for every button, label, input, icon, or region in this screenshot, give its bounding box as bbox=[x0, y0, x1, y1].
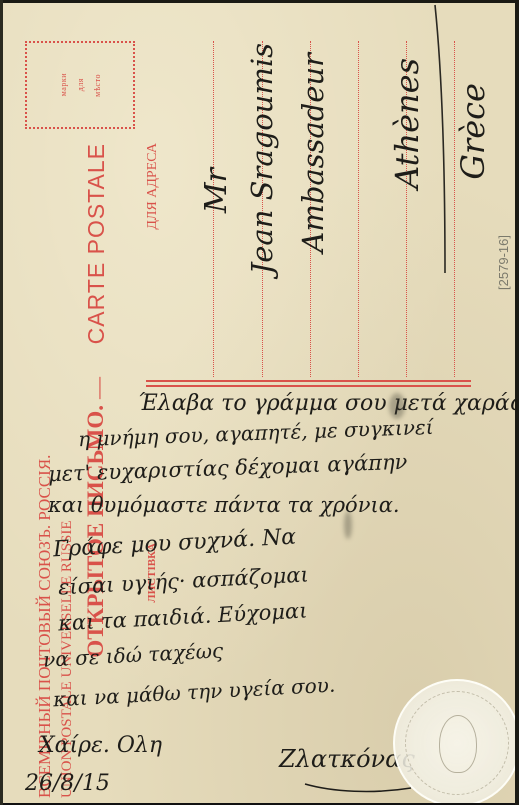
date: 26/8/15 bbox=[25, 771, 110, 796]
stamp-label-2: для bbox=[76, 78, 85, 91]
archive-number: [2579-16] bbox=[496, 235, 511, 290]
address-salutation: Mr bbox=[199, 168, 234, 213]
ink-underline-stroke bbox=[413, 3, 453, 283]
header-dash: — bbox=[85, 377, 111, 399]
divider-line-top bbox=[146, 380, 471, 382]
archive-seal-watermark bbox=[393, 679, 515, 803]
postcard: марки для мѣсто ВСЕМІРНЫЙ ПОЧТОВЫЙ СОЮЗЪ… bbox=[3, 3, 515, 803]
stamp-label-3: мѣсто bbox=[93, 74, 102, 97]
address-title: Ambassadeur bbox=[296, 53, 330, 253]
address-name: Jean Sragoumis bbox=[245, 43, 279, 274]
message-line-1: Έλαβα το γράμμα σου μετά χαράς — bbox=[138, 391, 515, 416]
stamp-label-1: марки bbox=[59, 73, 68, 96]
address-label: ДЛЯ АДРЕСА bbox=[145, 143, 161, 230]
divider-line-bottom bbox=[146, 385, 471, 387]
header-title-fr: CARTE POSTALE bbox=[83, 143, 110, 344]
stamp-placeholder-box: марки для мѣсто bbox=[25, 41, 135, 129]
scan-border-right bbox=[515, 0, 519, 805]
closing-greeting: Χαίρε. Ολη bbox=[39, 733, 162, 758]
message-line-2: η μνήμη σου, αγαπητέ, με συγκινεί bbox=[78, 415, 434, 451]
signature-flourish bbox=[303, 778, 413, 798]
ink-smudge bbox=[389, 393, 405, 419]
ink-smudge bbox=[344, 511, 352, 539]
address-line-4 bbox=[358, 41, 359, 377]
seal-figure-icon bbox=[439, 715, 477, 773]
address-country: Grèce bbox=[454, 83, 492, 180]
